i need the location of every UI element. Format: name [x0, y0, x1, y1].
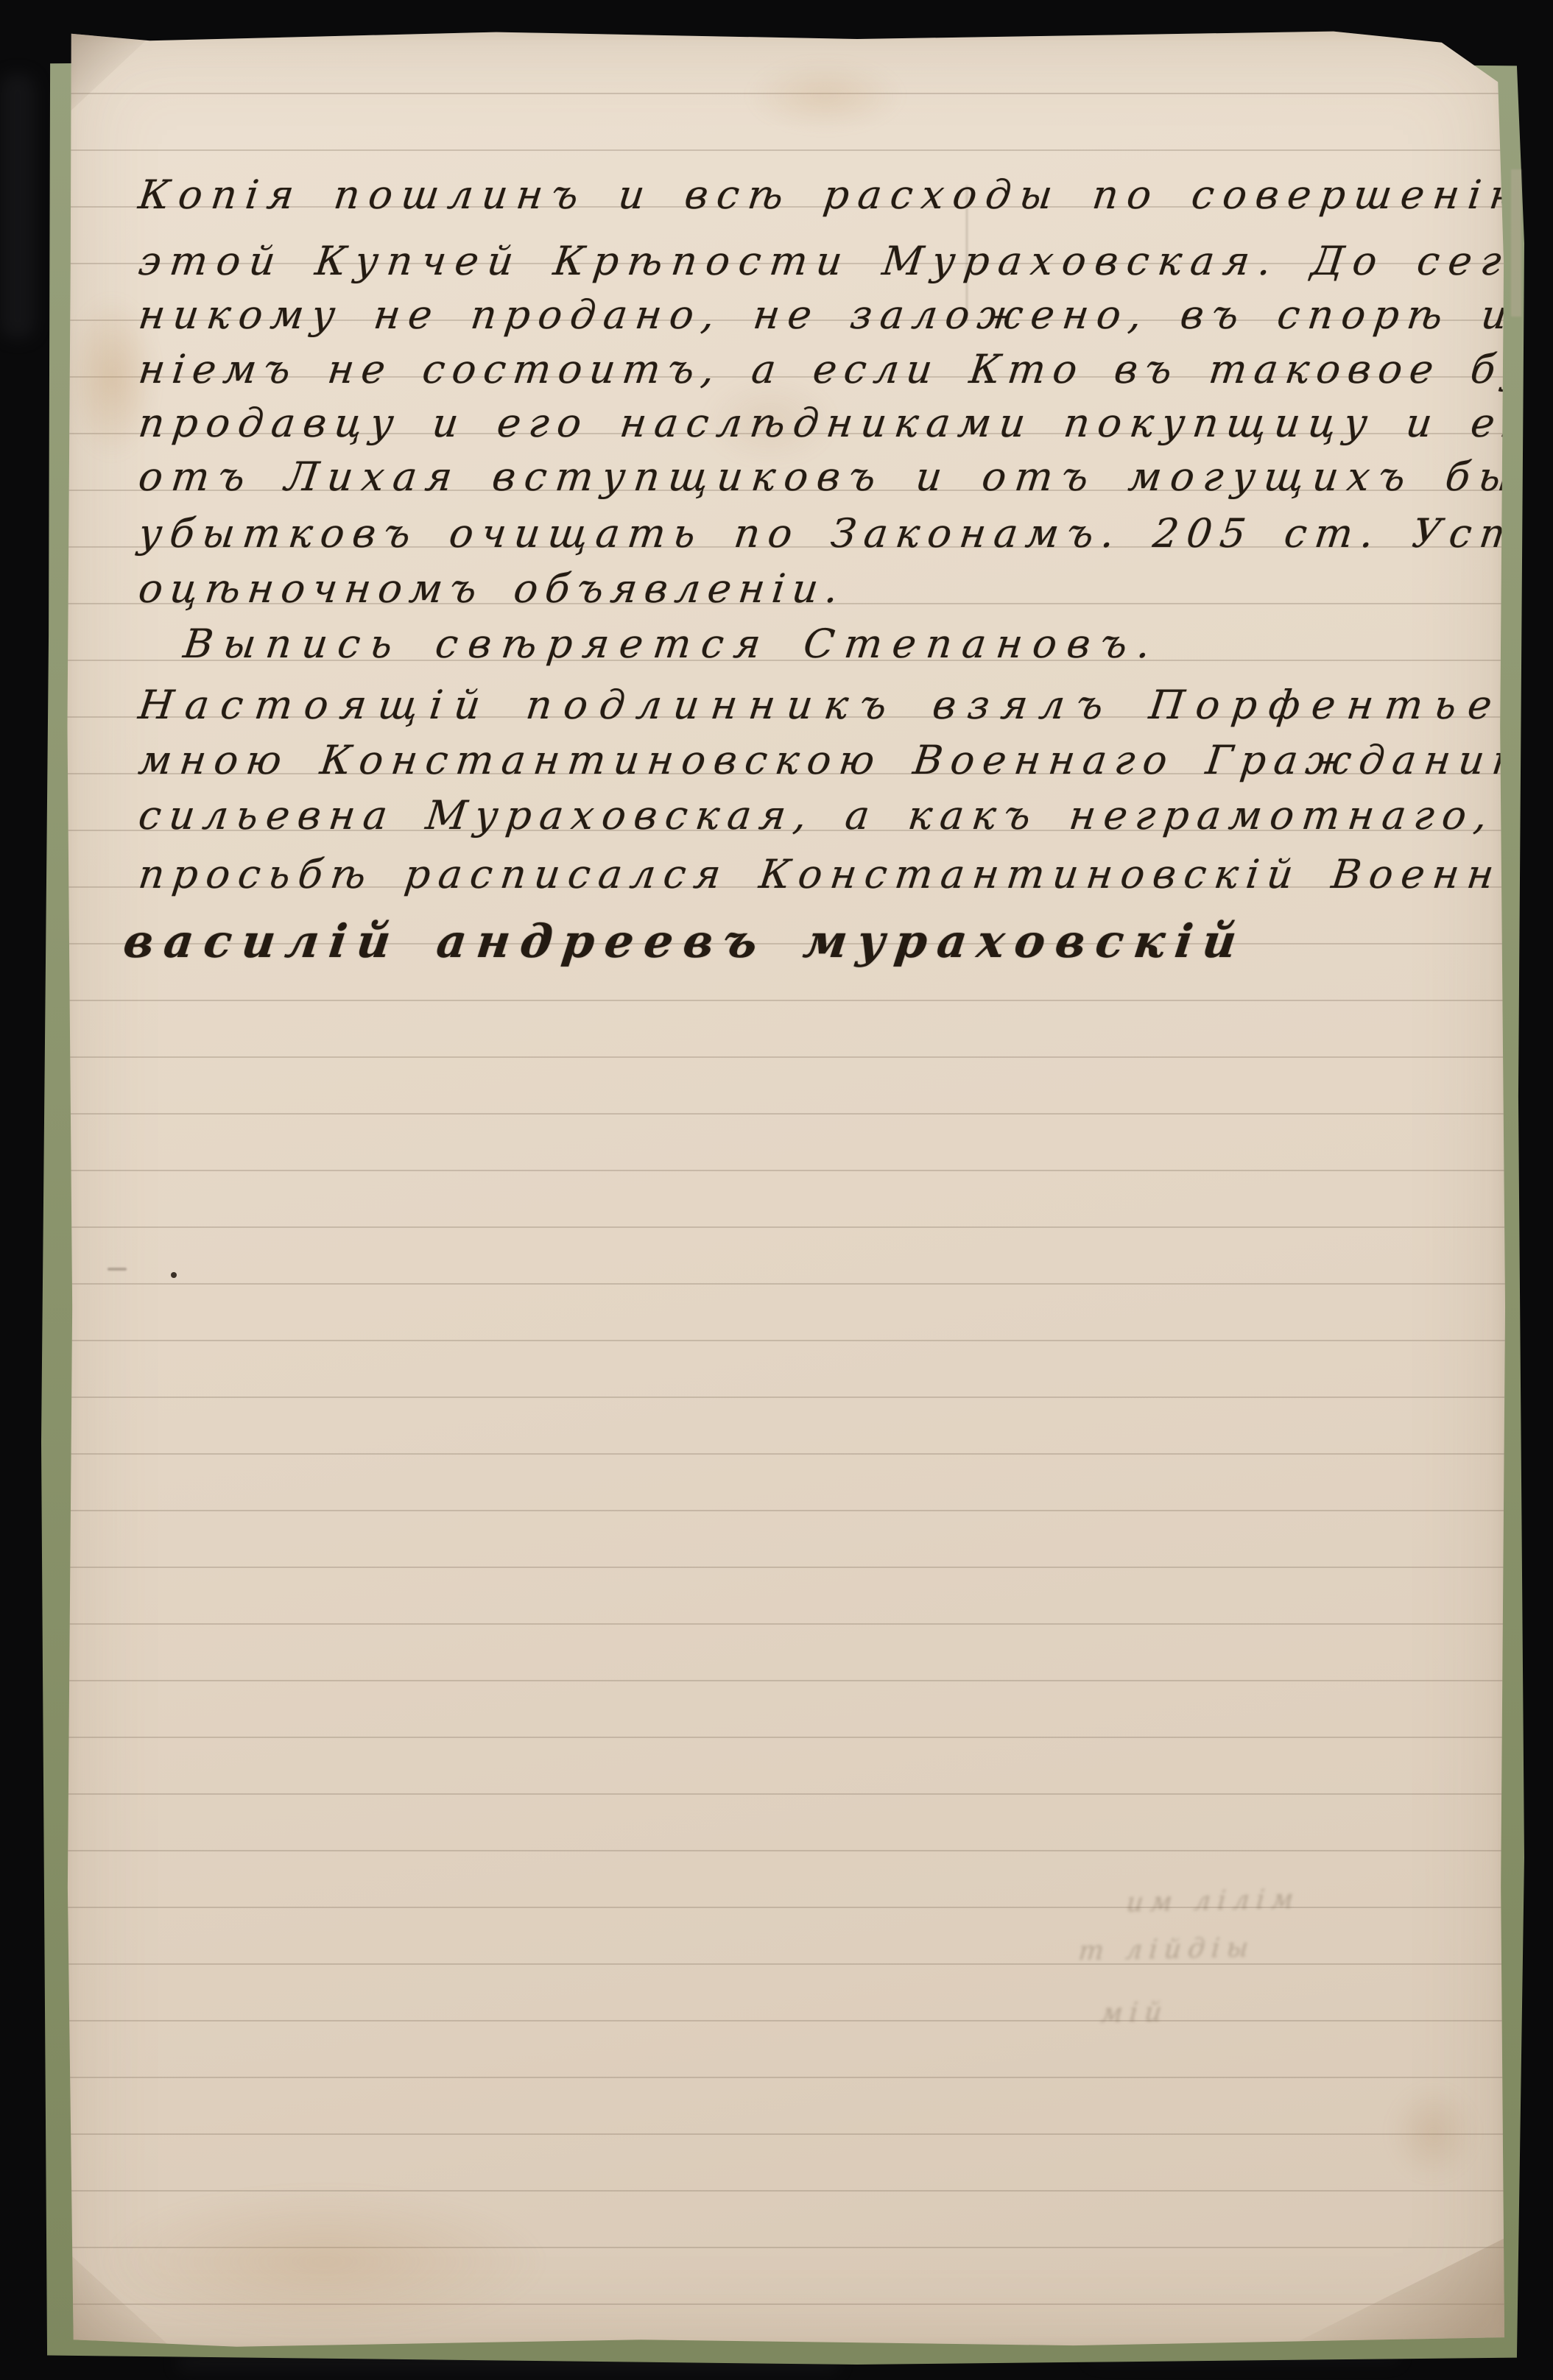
handwritten-line: отъ Лихая вступщиковъ и отъ могущихъ быт… — [136, 455, 1553, 498]
scan-background: Копія пошлинъ и всѣ расходы по совершені… — [0, 0, 1553, 2380]
handwritten-line: ніемъ не состоитъ, а если Кто въ таковое… — [136, 347, 1553, 391]
handwritten-line: этой Купчей Крѣпости Мураховская. До сег… — [136, 239, 1553, 283]
bleed-through-marks: им лілім — [1125, 1885, 1301, 1918]
ink-smudge — [108, 1268, 127, 1271]
document-page: Копія пошлинъ и всѣ расходы по совершені… — [63, 31, 1507, 2351]
handwritten-line: никому не продано, не заложено, въ спорѣ… — [136, 293, 1553, 336]
handwritten-line: Копія пошлинъ и всѣ расходы по совершені… — [136, 173, 1553, 216]
bleed-through-marks: т лійдіы — [1077, 1933, 1256, 1967]
signature-line: василій андреевъ мураховскій — [121, 917, 1250, 967]
paper-stain — [1389, 2085, 1477, 2181]
handwritten-line: Выпись свѣряется Степановъ. — [181, 622, 1163, 665]
handwritten-line: мною Константиновскою Военнаго Гражданин… — [136, 738, 1553, 782]
handwritten-line: оцѣночномъ объявленіи. — [136, 567, 848, 610]
frame-shadow-streak — [0, 74, 35, 339]
handwritten-line: продавцу и его наслѣдниками покупщицу и … — [136, 401, 1553, 445]
ink-spot — [171, 1272, 177, 1278]
handwritten-line: убытковъ очищать по Законамъ. 205 ст. Ус… — [136, 512, 1553, 555]
bleed-through-marks: мій — [1099, 1997, 1169, 2029]
handwritten-line: просьбѣ расписался Константиновскій Воен… — [136, 852, 1553, 896]
page-stack-edge — [1511, 169, 1521, 317]
handwritten-line: сильевна Мураховская, а какъ неграмотнаг… — [136, 794, 1553, 837]
paper-stain — [748, 60, 903, 130]
handwritten-line: Настоящій подлинникъ взялъ Порфентьевъ с… — [136, 683, 1553, 727]
paper-stain — [104, 2188, 546, 2335]
